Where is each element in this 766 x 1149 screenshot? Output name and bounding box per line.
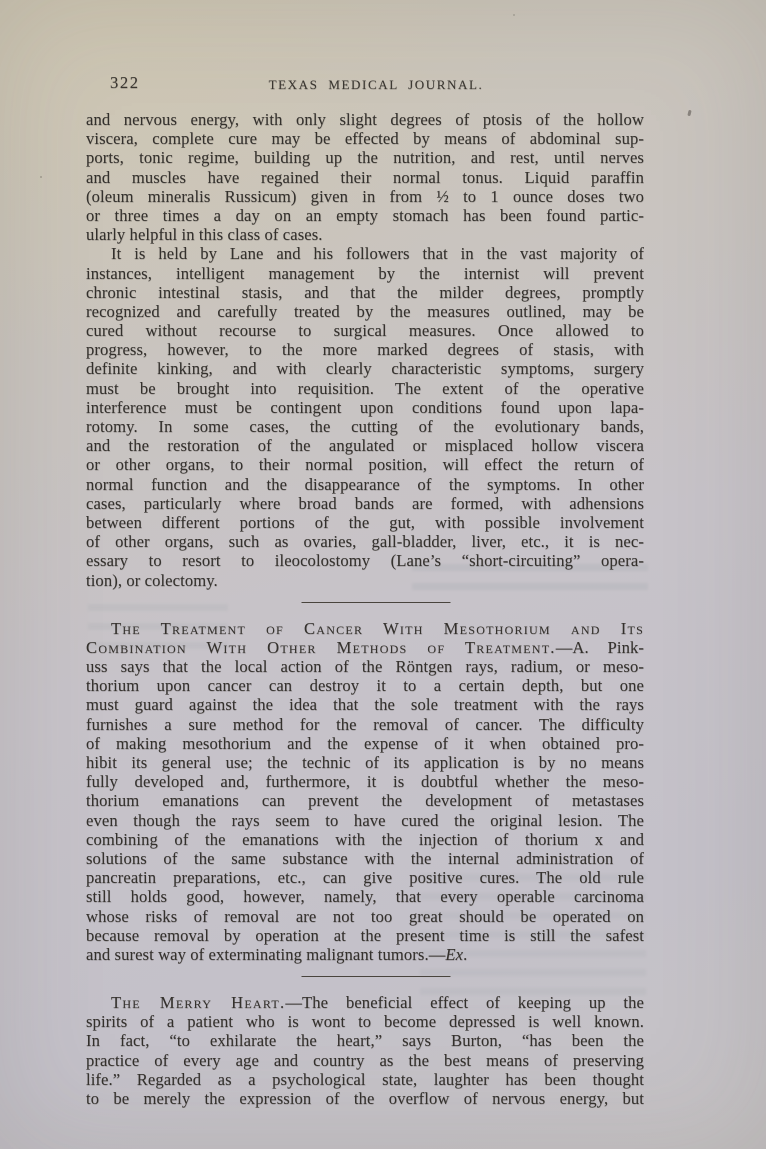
text-line: life.” Regarded as a psychological state… xyxy=(86,1070,644,1089)
text-segment: hibit its general use; the technic of it… xyxy=(86,753,644,772)
text-segment: and muscles have regained their normal t… xyxy=(86,168,644,187)
text-segment: —A. Pink- xyxy=(556,638,644,657)
journal-title: TEXAS MEDICAL JOURNAL. xyxy=(269,77,484,93)
text-segment: (oleum mineralis Russicum) given in from… xyxy=(86,187,644,206)
text-segment: normal function and the disappearance of… xyxy=(86,475,644,494)
text-line: progress, however, to the more marked de… xyxy=(86,340,644,359)
paragraph: The Merry Heart.—The beneficial effect o… xyxy=(86,993,644,1108)
section-divider xyxy=(86,602,644,604)
text-line: between different portions of the gut, w… xyxy=(86,513,644,532)
text-line: viscera, complete cure may be effected b… xyxy=(86,129,644,148)
text-segment: In fact, “to exhilarate the heart,” says… xyxy=(86,1031,644,1050)
text-segment: . xyxy=(463,945,467,964)
text-segment: pancreatin preparations, etc., can give … xyxy=(86,868,644,887)
text-column: and nervous energy, with only slight deg… xyxy=(86,110,644,1108)
text-segment: definite kinking, and with clearly chara… xyxy=(86,359,644,378)
paragraph: It is held by Lane and his followers tha… xyxy=(86,244,644,589)
text-line: (oleum mineralis Russicum) given in from… xyxy=(86,187,644,206)
text-segment: or three times a day on an empty stomach… xyxy=(86,206,644,225)
text-line: instances, intelligent management by the… xyxy=(86,264,644,283)
text-line: normal function and the disappearance of… xyxy=(86,475,644,494)
text-segment: of making mesothorium and the expense of… xyxy=(86,734,644,753)
text-segment: ports, tonic regime, building up the nut… xyxy=(86,148,644,167)
text-line: thorium emanations can prevent the devel… xyxy=(86,791,644,810)
text-line: The Treatment of Cancer With Mesothorium… xyxy=(86,619,644,638)
text-segment: interference must be contingent upon con… xyxy=(86,398,644,417)
text-segment: progress, however, to the more marked de… xyxy=(86,340,644,359)
text-line: fully developed and, furthermore, it is … xyxy=(86,772,644,791)
paragraph: The Treatment of Cancer With Mesothorium… xyxy=(86,619,644,964)
text-line: still holds good, however, namely, that … xyxy=(86,887,644,906)
paragraph: and nervous energy, with only slight deg… xyxy=(86,110,644,244)
text-line: tion), or colectomy. xyxy=(86,571,644,590)
text-segment: furnishes a sure method for the removal … xyxy=(86,715,644,734)
text-segment: spirits of a patient who is wont to beco… xyxy=(86,1012,644,1031)
text-line: pancreatin preparations, etc., can give … xyxy=(86,868,644,887)
paper-speck xyxy=(40,176,42,178)
text-line: whose risks of removal are not too great… xyxy=(86,907,644,926)
text-line: The Merry Heart.—The beneficial effect o… xyxy=(86,993,644,1012)
text-line: must be brought into requisition. The ex… xyxy=(86,379,644,398)
text-line: and muscles have regained their normal t… xyxy=(86,168,644,187)
text-line: recognized and carefully treated by the … xyxy=(86,302,644,321)
text-segment: thorium emanations can prevent the devel… xyxy=(86,791,644,810)
italic-text: Ex xyxy=(445,945,463,964)
text-segment: to be merely the expression of the overf… xyxy=(86,1089,644,1108)
text-segment: or other organs, to their normal positio… xyxy=(86,455,644,474)
text-line: even though the rays seem to have cured … xyxy=(86,811,644,830)
text-line: cured without recourse to surgical measu… xyxy=(86,321,644,340)
text-line: or three times a day on an empty stomach… xyxy=(86,206,644,225)
text-segment: practice of every age and country as the… xyxy=(86,1051,644,1070)
text-segment: even though the rays seem to have cured … xyxy=(86,811,644,830)
text-segment: chronic intestinal stasis, and that the … xyxy=(86,283,644,302)
text-line: chronic intestinal stasis, and that the … xyxy=(86,283,644,302)
paper-speck xyxy=(513,14,515,16)
text-segment: recognized and carefully treated by the … xyxy=(86,302,644,321)
text-segment: fully developed and, furthermore, it is … xyxy=(86,772,644,791)
text-segment: cured without recourse to surgical measu… xyxy=(86,321,644,340)
text-segment: solutions of the same substance with the… xyxy=(86,849,644,868)
divider-rule-line xyxy=(302,602,451,603)
paper-speck xyxy=(687,110,691,117)
text-segment: rotomy. In some cases, the cutting of th… xyxy=(86,417,644,436)
scanned-journal-page: { "colors": { "paper": "#c7c3c4", "paper… xyxy=(0,0,766,1149)
text-line: spirits of a patient who is wont to beco… xyxy=(86,1012,644,1031)
text-line: hibit its general use; the technic of it… xyxy=(86,753,644,772)
text-segment: and surest way of exterminating malignan… xyxy=(86,945,445,964)
text-line: because removal by operation at the pres… xyxy=(86,926,644,945)
smallcaps-heading-text: The Treatment of Cancer With Mesothorium… xyxy=(111,619,644,638)
section-divider xyxy=(86,976,644,978)
smallcaps-heading-text: Combination With Other Methods of Treatm… xyxy=(86,638,556,657)
text-segment: instances, intelligent management by the… xyxy=(86,264,644,283)
text-segment: It is held by Lane and his followers tha… xyxy=(111,244,644,263)
text-segment: uss says that the local action of the Rö… xyxy=(86,657,644,676)
text-segment: whose risks of removal are not too great… xyxy=(86,907,644,926)
text-line: uss says that the local action of the Rö… xyxy=(86,657,644,676)
text-segment: ularly helpful in this class of cases. xyxy=(86,225,323,244)
text-segment: tion), or colectomy. xyxy=(86,571,218,590)
text-line: and nervous energy, with only slight deg… xyxy=(86,110,644,129)
text-segment: thorium upon cancer can destroy it to a … xyxy=(86,676,644,695)
text-segment: must guard against the idea that the sol… xyxy=(86,695,644,714)
text-segment: must be brought into requisition. The ex… xyxy=(86,379,644,398)
text-segment: life.” Regarded as a psychological state… xyxy=(86,1070,644,1089)
text-segment: and the restoration of the angulated or … xyxy=(86,436,644,455)
text-line: essary to resort to ileocolostomy (Lane’… xyxy=(86,551,644,570)
text-line: to be merely the expression of the overf… xyxy=(86,1089,644,1108)
text-line: In fact, “to exhilarate the heart,” says… xyxy=(86,1031,644,1050)
divider-rule-line xyxy=(302,976,451,977)
smallcaps-heading-text: The Merry Heart. xyxy=(111,993,285,1012)
text-line: furnishes a sure method for the removal … xyxy=(86,715,644,734)
text-line: interference must be contingent upon con… xyxy=(86,398,644,417)
text-segment: still holds good, however, namely, that … xyxy=(86,887,644,906)
text-segment: of other organs, such as ovaries, gall-b… xyxy=(86,532,644,551)
text-line: rotomy. In some cases, the cutting of th… xyxy=(86,417,644,436)
text-segment: viscera, complete cure may be effected b… xyxy=(86,129,644,148)
text-segment: and nervous energy, with only slight deg… xyxy=(86,110,644,129)
text-segment: combining of the emanations with the inj… xyxy=(86,830,644,849)
text-line: thorium upon cancer can destroy it to a … xyxy=(86,676,644,695)
text-line: and surest way of exterminating malignan… xyxy=(86,945,644,964)
text-line: It is held by Lane and his followers tha… xyxy=(86,244,644,263)
text-line: practice of every age and country as the… xyxy=(86,1051,644,1070)
text-segment: —The beneficial effect of keeping up the xyxy=(285,993,644,1012)
text-line: combining of the emanations with the inj… xyxy=(86,830,644,849)
text-line: definite kinking, and with clearly chara… xyxy=(86,359,644,378)
text-line: of other organs, such as ovaries, gall-b… xyxy=(86,532,644,551)
text-line: ports, tonic regime, building up the nut… xyxy=(86,148,644,167)
text-line: ularly helpful in this class of cases. xyxy=(86,225,644,244)
text-segment: cases, particularly where broad bands ar… xyxy=(86,494,644,513)
text-line: cases, particularly where broad bands ar… xyxy=(86,494,644,513)
text-segment: because removal by operation at the pres… xyxy=(86,926,644,945)
text-segment: essary to resort to ileocolostomy (Lane’… xyxy=(86,551,644,570)
text-line: of making mesothorium and the expense of… xyxy=(86,734,644,753)
text-line: solutions of the same substance with the… xyxy=(86,849,644,868)
text-line: or other organs, to their normal positio… xyxy=(86,455,644,474)
text-line: and the restoration of the angulated or … xyxy=(86,436,644,455)
text-line: must guard against the idea that the sol… xyxy=(86,695,644,714)
page-header: 322 TEXAS MEDICAL JOURNAL. xyxy=(86,76,644,98)
text-segment: between different portions of the gut, w… xyxy=(86,513,644,532)
page-number: 322 xyxy=(110,73,140,93)
text-line: Combination With Other Methods of Treatm… xyxy=(86,638,644,657)
